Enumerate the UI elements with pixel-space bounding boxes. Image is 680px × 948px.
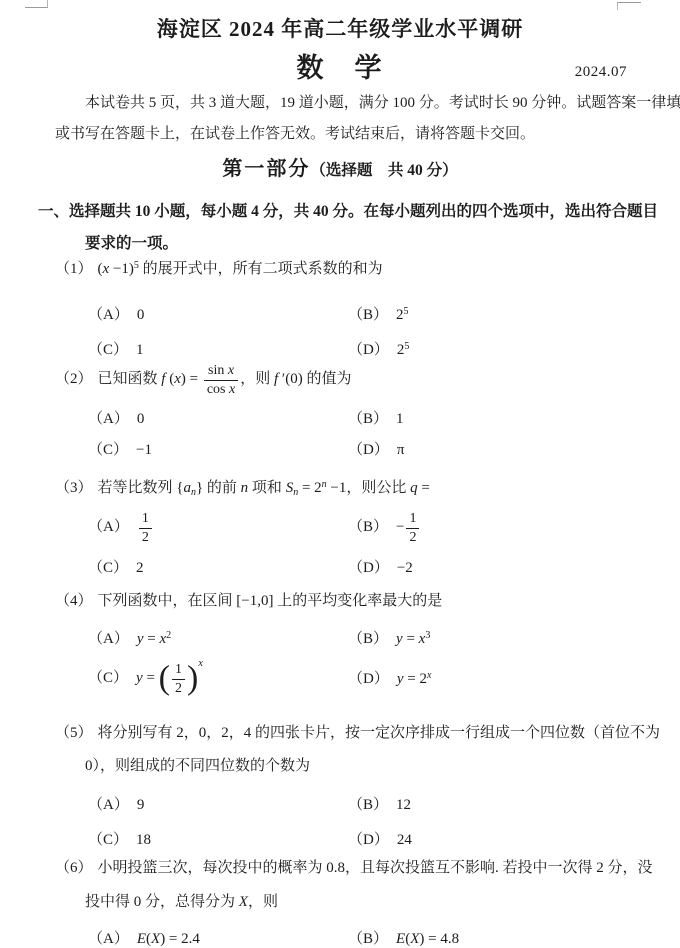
question-5: （5）将分别写有 2，0，2，4 的四张卡片，按一定次序排成一行组成一个四位数（… (55, 722, 645, 851)
section-instruction-line-2: 要求的一项。 (38, 228, 660, 260)
option-B: （B）y = x3 (348, 628, 430, 650)
options-row: （A）y = x2（B）y = x3 (55, 628, 645, 650)
options-row: （A）12（B）−12 (55, 510, 645, 546)
option-D: （D）y = 2x (348, 668, 431, 690)
option-label: （C） (88, 442, 128, 458)
option-A: （A）12 (88, 510, 154, 546)
option-value: E(X) = 4.8 (396, 931, 459, 947)
option-C: （C）y = (12)x (88, 661, 203, 697)
question-number: （6） (55, 860, 93, 876)
option-value: −2 (397, 560, 413, 576)
option-D: （D）π (348, 439, 404, 461)
option-value: y = 2x (397, 671, 432, 687)
fraction: 12 (406, 510, 419, 546)
option-A: （A）9 (88, 794, 144, 816)
options-row: （C）1（D）25 (55, 339, 645, 361)
option-label: （D） (348, 832, 389, 848)
option-value: 1 (396, 411, 404, 427)
intro-line-2: 或书写在答题卡上，在试卷上作答无效。考试结束后，请将答题卡交回。 (55, 119, 650, 150)
option-C: （C）2 (88, 557, 144, 579)
option-label: （B） (348, 797, 388, 813)
option-label: （A） (88, 931, 129, 947)
option-A: （A）y = x2 (88, 628, 171, 650)
option-A: （A）0 (88, 304, 144, 326)
option-value: 12 (396, 797, 411, 813)
option-value: 24 (397, 832, 412, 848)
part-one-header: 第一部分（选择题 共 40 分） (0, 152, 680, 181)
option-B: （B）1 (348, 408, 404, 430)
question-number: （5） (55, 725, 93, 741)
intro-line-1: 本试卷共 5 页，共 3 道大题，19 道小题，满分 100 分。考试时长 90… (55, 88, 650, 119)
option-value: 12 (137, 519, 154, 535)
fraction: sin xcos x (204, 362, 238, 398)
option-value: −12 (396, 519, 421, 535)
option-label: （A） (88, 519, 129, 535)
options-row: （A）9（B）12 (55, 794, 645, 816)
option-label: （D） (348, 671, 389, 687)
section-instruction-line-1: 一、选择题共 10 小题，每小题 4 分，共 40 分。在每小题列出的四个选项中… (38, 196, 660, 228)
fraction: 12 (139, 510, 152, 546)
option-label: （B） (348, 631, 388, 647)
option-B: （B）E(X) = 4.8 (348, 928, 459, 948)
option-A: （A）0 (88, 408, 144, 430)
subject-row: 数 学 2024.07 (0, 46, 680, 82)
option-value: 9 (137, 797, 145, 813)
options-row: （C）y = (12)x（D）y = 2x (55, 661, 645, 697)
subject-title: 数 学 (297, 53, 384, 83)
option-D: （D）25 (348, 339, 409, 361)
option-C: （C）1 (88, 339, 144, 361)
question-3: （3）若等比数列 {an} 的前 n 项和 Sn = 2n −1，则公比 q =… (55, 477, 645, 579)
question-stem-continued: 0），则组成的不同四位数的个数为 (55, 755, 645, 777)
option-label: （C） (88, 560, 128, 576)
question-number: （4） (55, 593, 93, 609)
question-stem-continued: 投中得 0 分，总得分为 X，则 (55, 891, 645, 913)
option-label: （B） (348, 307, 388, 323)
option-value: y = x2 (137, 631, 171, 647)
option-label: （C） (88, 342, 128, 358)
question-number: （2） (55, 371, 93, 387)
option-label: （A） (88, 307, 129, 323)
option-value: 18 (136, 832, 151, 848)
exam-date: 2024.07 (575, 64, 627, 81)
question-number: （3） (55, 480, 93, 496)
option-value: 25 (397, 342, 410, 358)
option-label: （B） (348, 519, 388, 535)
question-stem: 将分别写有 2，0，2，4 的四张卡片，按一定次序排成一行组成一个四位数（首位不… (98, 725, 661, 741)
question-stem: 已知函数 f (x) = sin xcos x，则 f ′(0) 的值为 (98, 371, 352, 387)
options-row: （C）−1（D）π (55, 439, 645, 461)
options-row: （A）E(X) = 2.4（B）E(X) = 4.8 (55, 928, 645, 948)
option-label: （D） (348, 560, 389, 576)
corner-mark-left (25, 0, 48, 8)
option-value: 1 (136, 342, 144, 358)
option-value: E(X) = 2.4 (137, 931, 200, 947)
option-A: （A）E(X) = 2.4 (88, 928, 200, 948)
option-value: 0 (137, 307, 145, 323)
question-4: （4）下列函数中，在区间 [−1,0] 上的平均变化率最大的是（A）y = x2… (55, 590, 645, 697)
option-B: （B）25 (348, 304, 409, 326)
option-label: （D） (348, 442, 389, 458)
options-row: （A）0（B）25 (55, 304, 645, 326)
option-label: （C） (88, 832, 128, 848)
question-stem: 小明投篮三次，每次投中的概率为 0.8，且每次投篮互不影响. 若投中一次得 2 … (98, 860, 653, 876)
options-row: （C）18（D）24 (55, 829, 645, 851)
option-label: （D） (348, 342, 389, 358)
option-label: （A） (88, 411, 129, 427)
option-value: −1 (136, 442, 152, 458)
big-right-paren: ) (187, 660, 198, 697)
option-value: 0 (137, 411, 145, 427)
option-label: （B） (348, 411, 388, 427)
options-row: （C）2（D）−2 (55, 557, 645, 579)
question-stem: 若等比数列 {an} 的前 n 项和 Sn = 2n −1，则公比 q = (98, 480, 430, 496)
part-one-title: 第一部分 (222, 158, 310, 180)
option-D: （D）−2 (348, 557, 413, 579)
intro-paragraph: 本试卷共 5 页，共 3 道大题，19 道小题，满分 100 分。考试时长 90… (55, 88, 650, 150)
option-label: （A） (88, 797, 129, 813)
option-value: y = x3 (396, 631, 430, 647)
question-stem: 下列函数中，在区间 [−1,0] 上的平均变化率最大的是 (98, 593, 443, 609)
exam-title: 海淀区 2024 年高二年级学业水平调研 (0, 13, 680, 43)
section-instruction: 一、选择题共 10 小题，每小题 4 分，共 40 分。在每小题列出的四个选项中… (38, 196, 660, 260)
question-2: （2）已知函数 f (x) = sin xcos x，则 f ′(0) 的值为（… (55, 362, 645, 461)
option-value: 25 (396, 307, 409, 323)
question-number: （1） (55, 261, 93, 277)
option-label: （B） (348, 931, 388, 947)
option-D: （D）24 (348, 829, 412, 851)
option-B: （B）−12 (348, 510, 421, 546)
option-value: y = (12)x (136, 670, 203, 686)
option-label: （A） (88, 631, 129, 647)
question-1: （1）(x −1)5 的展开式中，所有二项式系数的和为（A）0（B）25（C）1… (55, 258, 645, 361)
option-label: （C） (88, 670, 128, 686)
option-value: 2 (136, 560, 144, 576)
option-B: （B）12 (348, 794, 411, 816)
big-left-paren: ( (159, 660, 170, 697)
option-C: （C）−1 (88, 439, 152, 461)
question-stem: (x −1)5 的展开式中，所有二项式系数的和为 (98, 261, 383, 277)
corner-mark-right (617, 2, 641, 10)
option-C: （C）18 (88, 829, 151, 851)
exam-paper-page: 海淀区 2024 年高二年级学业水平调研 数 学 2024.07 本试卷共 5 … (0, 0, 680, 948)
option-value: π (397, 442, 405, 458)
part-one-subtitle: （选择题 共 40 分） (310, 162, 457, 179)
question-6: （6）小明投篮三次，每次投中的概率为 0.8，且每次投篮互不影响. 若投中一次得… (55, 857, 645, 948)
options-row: （A）0（B）1 (55, 408, 645, 430)
fraction: 12 (172, 661, 185, 697)
